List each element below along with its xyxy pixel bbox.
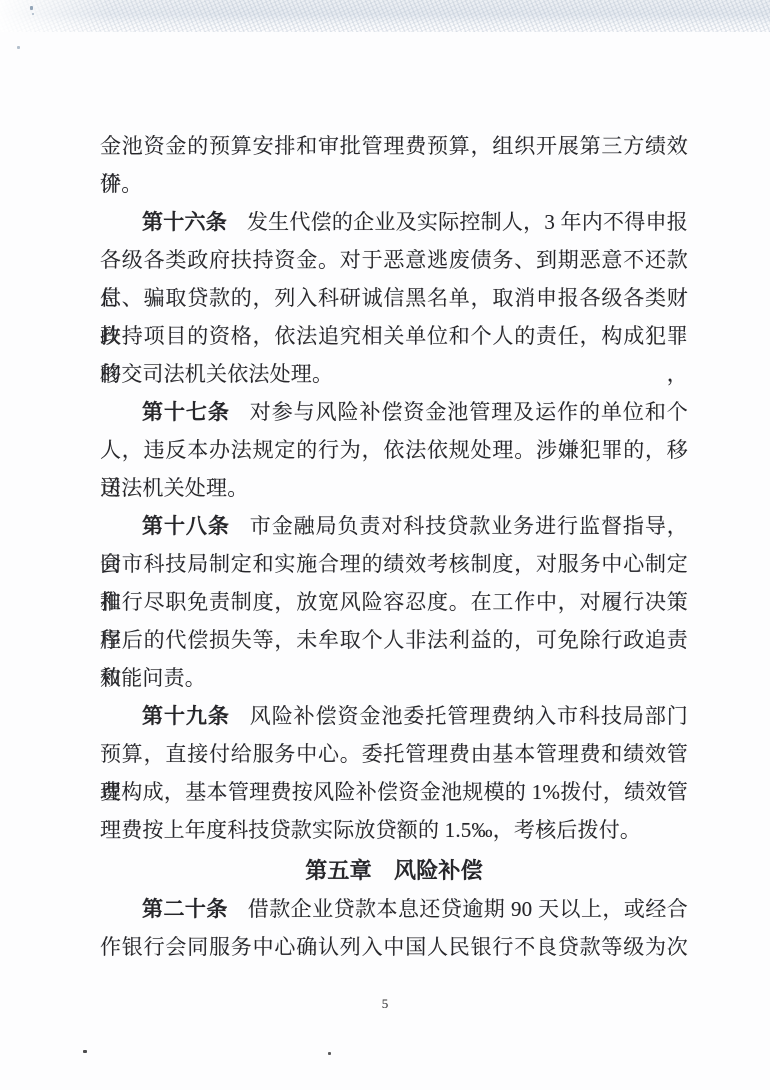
paragraph-line: 预算，直接付给服务中心。委托管理费由基本管理费和绩效管理 <box>100 735 688 773</box>
paragraph-line: 同市科技局制定和实施合理的绩效考核制度，对服务中心制定和 <box>100 545 688 583</box>
article-text: 对参与风险补偿资金池管理及运作的单位和个 <box>250 400 688 424</box>
paragraph-line: 推行尽职免责制度，放宽风险容忍度。在工作中，对履行决策程 <box>100 583 688 621</box>
scan-speck <box>83 1050 87 1053</box>
paragraph-line: 息、骗取贷款的，列入科研诚信黑名单，取消申报各级各类财政 <box>100 279 688 317</box>
article-heading-line: 第十九条风险补偿资金池委托管理费纳入市科技局部门 <box>100 697 688 735</box>
article-text: 风险补偿资金池委托管理费纳入市科技局部门 <box>250 704 688 728</box>
article-heading-line: 第二十条借款企业贷款本息还贷逾期 90 天以上，或经合 <box>100 890 688 928</box>
scan-speck <box>17 46 20 49</box>
article-heading-line: 第十八条市金融局负责对科技贷款业务进行监督指导，会 <box>100 507 688 545</box>
paragraph-line: 作银行会同服务中心确认列入中国人民银行不良贷款等级为次 <box>100 928 688 966</box>
paragraph-line: 扶持项目的资格，依法追究相关单位和个人的责任，构成犯罪的， <box>100 317 688 355</box>
article-heading-line: 第十六条发生代偿的企业及实际控制人，3 年内不得申报 <box>100 203 688 241</box>
paragraph-line: 序后的代偿损失等，未牟取个人非法利益的，可免除行政追责和 <box>100 621 688 659</box>
scan-speck <box>32 13 34 15</box>
scan-noise-band <box>0 0 770 32</box>
article-number: 第十九条 <box>142 704 230 728</box>
scan-speck <box>328 1052 331 1055</box>
paragraph-line: 人，违反本办法规定的行为，依法依规处理。涉嫌犯罪的，移送 <box>100 431 688 469</box>
paragraph-line: 价。 <box>100 165 688 203</box>
document-text-block: 金池资金的预算安排和审批管理费预算，组织开展第三方绩效评 价。 第十六条发生代偿… <box>100 127 688 966</box>
scan-speck <box>30 6 33 10</box>
paragraph-line: 司法机关处理。 <box>100 469 688 507</box>
article-number: 第十七条 <box>142 400 230 424</box>
paragraph-line: 各级各类政府扶持资金。对于恶意逃废债务、到期恶意不还款付 <box>100 241 688 279</box>
chapter-heading: 第五章 风险补偿 <box>100 852 688 890</box>
article-number: 第十八条 <box>142 514 230 538</box>
paragraph-line: 金池资金的预算安排和审批管理费预算，组织开展第三方绩效评 <box>100 127 688 165</box>
article-text: 借款企业贷款本息还贷逾期 90 天以上，或经合 <box>248 897 688 921</box>
article-text: 发生代偿的企业及实际控制人，3 年内不得申报 <box>247 210 688 234</box>
article-number: 第十六条 <box>142 210 227 234</box>
article-number: 第二十条 <box>142 897 228 921</box>
paragraph-line: 理费按上年度科技贷款实际放贷额的 1.5‰，考核后拨付。 <box>100 811 688 849</box>
paragraph-line: 费构成，基本管理费按风险补偿资金池规模的 1%拨付，绩效管 <box>100 773 688 811</box>
scanned-document-page: 金池资金的预算安排和审批管理费预算，组织开展第三方绩效评 价。 第十六条发生代偿… <box>0 0 770 1090</box>
paragraph-line: 效能问责。 <box>100 659 688 697</box>
page-number: 5 <box>0 996 770 1012</box>
article-heading-line: 第十七条对参与风险补偿资金池管理及运作的单位和个 <box>100 393 688 431</box>
